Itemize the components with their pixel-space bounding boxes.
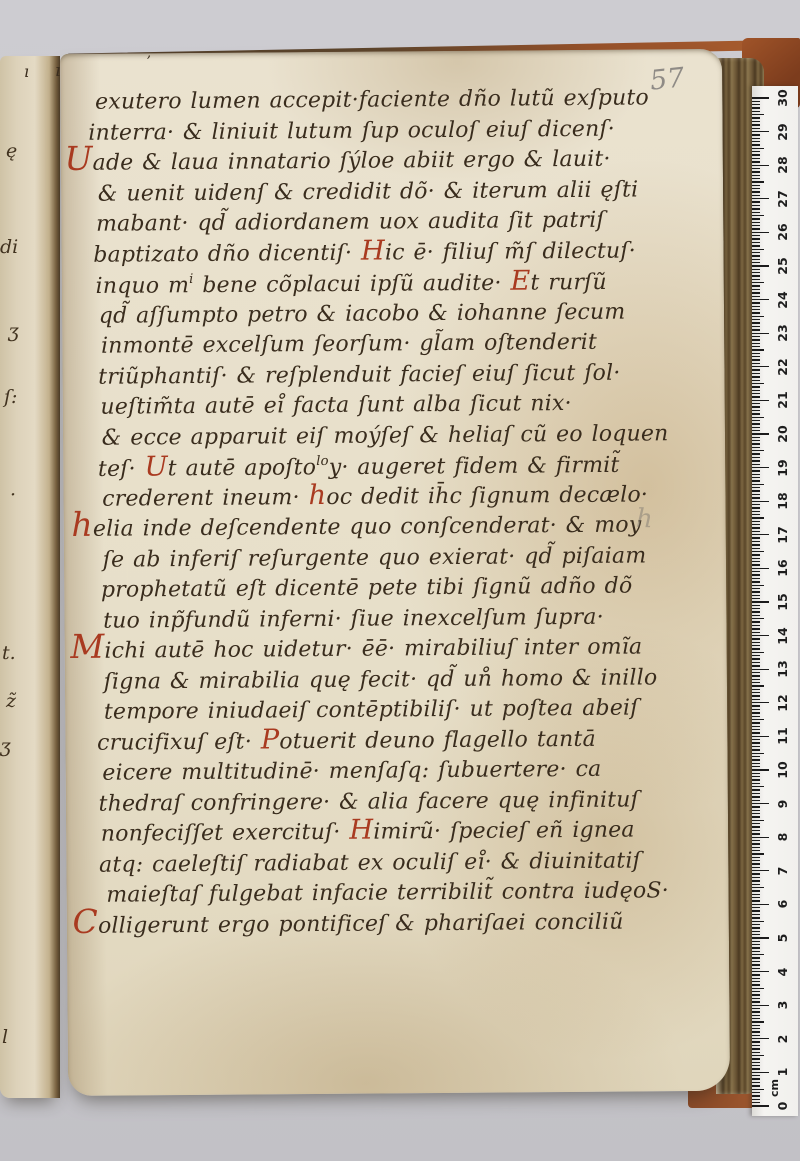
ruler-tick — [752, 343, 760, 344]
ruler-tick — [752, 1102, 760, 1103]
ruler-tick — [752, 655, 760, 656]
ruler-tick — [752, 611, 760, 612]
ruler-tick — [752, 863, 760, 864]
ruler-tick — [752, 800, 760, 801]
ink-text: & uenit uidenſ & credidit dõ· & iterum a… — [98, 177, 639, 206]
ruler-tick — [752, 816, 760, 817]
ink-text: & ecce apparuit eiſ moýſeſ & heliaſ cũ e… — [102, 421, 669, 450]
facing-page-text-fragment: ę — [6, 140, 17, 162]
ruler-tick — [752, 487, 760, 488]
ruler-tick — [752, 154, 760, 155]
ruler-tick — [752, 722, 760, 723]
rubricated-letter: U — [144, 451, 167, 482]
ruler-tick — [752, 830, 760, 831]
ruler-tick — [752, 823, 760, 824]
facing-page-text-fragment: ſ: — [4, 386, 17, 408]
ruler-tick — [752, 820, 764, 821]
ruler-tick — [752, 175, 760, 176]
ruler-tick — [752, 319, 760, 320]
ink-text: tuo inp̃fundũ inferni· ſiue inexcelſum ſ… — [103, 604, 604, 633]
ruler-tick — [752, 292, 760, 293]
ink-text: oc dedit ih̄c ſignum decælo· — [326, 482, 648, 510]
ruler-tick — [752, 978, 760, 979]
ruler-tick — [752, 561, 760, 562]
ruler-tick — [752, 860, 760, 861]
ruler-tick — [752, 736, 769, 737]
ink-text: y̨· augeret fidem & firmit̃ — [329, 453, 620, 480]
ruler-tick — [752, 813, 760, 814]
ruler-tick — [752, 719, 764, 720]
ruler-number: 2 — [775, 1027, 793, 1051]
ruler-tick — [752, 850, 760, 851]
ruler-tick — [752, 437, 760, 438]
ruler-tick — [752, 420, 760, 421]
ruler-tick — [752, 914, 760, 915]
ruler-tick — [752, 427, 760, 428]
ruler-tick — [752, 642, 760, 643]
ruler-tick — [752, 238, 760, 239]
ruler-tick — [752, 450, 764, 451]
ruler-tick — [752, 1089, 764, 1090]
folio-number: 57 — [648, 62, 685, 96]
ruler-tick — [752, 672, 760, 673]
ink-mark: ı — [55, 60, 61, 81]
ruler-tick — [752, 910, 760, 911]
ruler-number: 19 — [775, 456, 793, 480]
ruler-tick — [752, 309, 760, 310]
ruler-tick — [752, 285, 760, 286]
ruler-tick — [752, 262, 760, 263]
ruler-tick — [752, 783, 760, 784]
ruler-tick — [752, 964, 760, 965]
ink-text: tempore iniudaeiſ contēptibiliſ· ut poſt… — [104, 696, 639, 725]
ruler-tick — [752, 652, 764, 653]
ruler-tick — [752, 225, 760, 226]
ruler-tick — [752, 857, 760, 858]
ink-text: ichi autē hoc uidetur· ēē· mirabiliuſ in… — [104, 634, 642, 663]
ruler-number: 1 — [775, 1060, 793, 1084]
ruler-tick — [752, 534, 769, 535]
ruler-tick — [752, 413, 760, 414]
ruler-number: 14 — [775, 624, 793, 648]
ruler-tick — [752, 810, 760, 811]
facing-page-text-fragment: ʒ — [8, 320, 19, 342]
ruler-tick — [752, 366, 769, 367]
ruler-number: 20 — [775, 422, 793, 446]
ruler-tick — [752, 833, 760, 834]
ruler-tick — [752, 1038, 769, 1039]
ruler-tick — [752, 1041, 760, 1042]
ruler-tick — [752, 168, 760, 169]
ruler-tick — [752, 188, 760, 189]
ruler-tick — [752, 763, 760, 764]
ruler-tick — [752, 400, 769, 401]
ruler-tick — [752, 386, 760, 387]
rubricated-letter: C — [72, 901, 98, 940]
ruler-tick — [752, 531, 760, 532]
ruler-tick — [752, 218, 760, 219]
ruler-number: 11 — [775, 724, 793, 748]
ruler-tick — [752, 685, 764, 686]
pencil-mark-h: h — [635, 504, 653, 535]
ruler-tick — [752, 682, 760, 683]
ruler-tick — [752, 1031, 760, 1032]
ruler-tick — [752, 974, 760, 975]
ruler-tick — [752, 756, 760, 757]
ruler-number: 28 — [775, 153, 793, 177]
ruler-number: 26 — [775, 220, 793, 244]
ruler-tick — [752, 504, 760, 505]
ruler-tick — [752, 554, 760, 555]
ink-text: thedraſ confringere· & alia facere quę i… — [99, 787, 640, 816]
ruler-tick — [752, 648, 760, 649]
ruler-tick — [752, 417, 764, 418]
ruler-tick — [752, 511, 760, 512]
ruler-tick — [752, 873, 760, 874]
ruler-tick — [752, 464, 760, 465]
ruler-tick — [752, 568, 769, 569]
ruler-tick — [752, 645, 760, 646]
ruler-tick — [752, 578, 760, 579]
ruler-tick — [752, 107, 760, 108]
ruler-tick — [752, 178, 760, 179]
ruler-tick — [752, 927, 760, 928]
ruler-tick — [752, 729, 760, 730]
ruler-tick — [752, 141, 760, 142]
ruler-tick — [752, 695, 760, 696]
ruler-tick — [752, 907, 760, 908]
ruler-tick — [752, 124, 760, 125]
ruler-tick — [752, 279, 760, 280]
ruler-tick — [752, 732, 760, 733]
ruler-tick — [752, 1085, 760, 1086]
ruler-number: 3 — [775, 993, 793, 1017]
ruler-tick — [752, 396, 760, 397]
ruler-tick — [752, 890, 760, 891]
ruler-tick — [752, 679, 760, 680]
ruler-tick — [752, 212, 760, 213]
ruler-tick — [752, 1001, 760, 1002]
ruler-number: 5 — [775, 926, 793, 950]
ruler-tick — [752, 588, 760, 589]
ruler-tick — [752, 894, 760, 895]
ruler-tick — [752, 884, 760, 885]
ruler-tick — [752, 591, 760, 592]
ruler-tick — [752, 423, 760, 424]
ruler-tick — [752, 138, 760, 139]
ruler-tick — [752, 507, 760, 508]
ruler-tick — [752, 931, 760, 932]
ruler-tick — [752, 97, 769, 98]
ink-text: ade & laua innatario ſýloe abiit ergo & … — [92, 147, 610, 176]
ruler-tick — [752, 474, 760, 475]
ink-text: crucifixuſ eſt· — [97, 729, 261, 755]
ruler-tick — [752, 232, 769, 233]
ruler-tick — [752, 803, 769, 804]
ruler-tick — [752, 1105, 769, 1106]
ruler-tick — [752, 551, 764, 552]
ruler-tick — [752, 312, 760, 313]
ruler-tick — [752, 477, 760, 478]
ruler-tick — [752, 467, 769, 468]
ruler-tick — [752, 900, 760, 901]
ruler-tick — [752, 430, 760, 431]
ruler-tick — [752, 453, 760, 454]
ruler-tick — [752, 215, 764, 216]
ruler-tick — [752, 941, 760, 942]
rubricated-letter: H — [361, 235, 385, 266]
ruler-tick — [752, 837, 769, 838]
rubricated-letter: P — [261, 724, 280, 755]
ruler-tick — [752, 669, 769, 670]
ruler-tick — [752, 128, 760, 129]
ruler-tick — [752, 406, 760, 407]
ruler-tick — [752, 1045, 760, 1046]
ruler-tick — [752, 773, 760, 774]
ruler-tick — [752, 289, 760, 290]
ink-text: baptizato dño dicentiſ· — [93, 240, 361, 267]
ruler-tick — [752, 443, 760, 444]
ruler-number: 23 — [775, 321, 793, 345]
ruler-tick — [752, 410, 760, 411]
ruler-tick — [752, 769, 769, 770]
ruler-tick — [752, 195, 760, 196]
ruler-tick — [752, 457, 760, 458]
ruler-tick — [752, 302, 760, 303]
facing-page-edge: ędiʒſ:·t.z̃ʒl — [0, 56, 60, 1098]
ruler-tick — [752, 117, 760, 118]
manuscript-photo: ędiʒſ:·t.z̃ʒl exutero lumen accepit·faci… — [0, 0, 800, 1161]
ruler-tick — [752, 843, 760, 844]
ruler-tick — [752, 252, 760, 253]
ruler-tick — [752, 353, 760, 354]
ruler-tick — [752, 786, 764, 787]
ruler-tick — [752, 1018, 760, 1019]
ruler-tick — [752, 739, 760, 740]
ruler-tick — [752, 564, 760, 565]
ruler-tick — [752, 181, 764, 182]
ruler-tick — [752, 228, 760, 229]
ruler-tick — [752, 111, 760, 112]
ruler-tick — [752, 779, 760, 780]
ruler-tick — [752, 490, 760, 491]
ruler-number: 4 — [775, 960, 793, 984]
ruler-tick — [752, 480, 760, 481]
facing-page-text-fragment: · — [10, 484, 16, 506]
facing-page-text-fragment: ʒ — [0, 735, 11, 757]
ruler-tick — [752, 658, 760, 659]
ruler-tick — [752, 134, 760, 135]
ruler-tick — [752, 598, 760, 599]
ruler-tick — [752, 968, 760, 969]
manuscript-text: exutero lumen accepit·faciente dño lutũ … — [64, 85, 731, 944]
ink-text: mabant· qd̃ adiordanem uox audita ſit pa… — [96, 208, 605, 237]
ruler-tick — [752, 548, 760, 549]
ruler-tick — [752, 1078, 760, 1079]
ink-text: olligerunt ergo pontificeſ & phariſaei c… — [98, 909, 624, 938]
ruler: cm 0123456789101112131415161718192021222… — [752, 86, 798, 1116]
ink-text: teſ· — [98, 457, 145, 482]
ruler-tick — [752, 541, 760, 542]
ruler-tick — [752, 702, 769, 703]
ruler-tick — [752, 635, 769, 636]
ruler-tick — [752, 712, 760, 713]
ruler-tick — [752, 1005, 769, 1006]
ruler-number: 16 — [775, 556, 793, 580]
ruler-tick — [752, 148, 764, 149]
ruler-tick — [752, 924, 760, 925]
facing-page-text-fragment: l — [2, 1026, 8, 1048]
ruler-tick — [752, 904, 769, 905]
ruler-tick — [752, 880, 760, 881]
ruler-tick — [752, 1021, 764, 1022]
ruler-tick — [752, 759, 760, 760]
ruler-tick — [752, 346, 760, 347]
ink-text: imirũ· ſpecieſ eñ ignea — [373, 818, 635, 845]
ruler-tick — [752, 470, 760, 471]
ruler-tick — [752, 272, 760, 273]
ruler-number: 25 — [775, 254, 793, 278]
ruler-tick — [752, 692, 760, 693]
ruler-tick — [752, 440, 760, 441]
ruler-tick — [752, 198, 769, 199]
ruler-tick — [752, 131, 769, 132]
ruler-tick — [752, 1095, 760, 1096]
ruler-number: 27 — [775, 187, 793, 211]
ruler-tick — [752, 393, 760, 394]
ruler-tick — [752, 699, 760, 700]
ruler-tick — [752, 1062, 760, 1063]
ink-text: elia inde deſcendente quo conſcenderat· … — [93, 512, 642, 541]
ruler-tick — [752, 716, 760, 717]
ink-text: maieſtaſ fulgebat infacie terribilit̃ co… — [106, 878, 669, 907]
ink-text: ic ē· filiuſ m̃ſ dilectuſ· — [385, 238, 636, 265]
ruler-tick — [752, 981, 760, 982]
ruler-tick — [752, 847, 760, 848]
ruler-tick — [752, 726, 760, 727]
ruler-tick — [752, 306, 760, 307]
ruler-tick — [752, 235, 760, 236]
ruler-tick — [752, 608, 760, 609]
ruler-tick — [752, 937, 769, 938]
ink-text: t rurſũ — [530, 270, 607, 296]
ruler-tick — [752, 988, 764, 989]
ruler-tick — [752, 574, 760, 575]
ruler-tick — [752, 957, 760, 958]
ruler-tick — [752, 705, 760, 706]
ruler-tick — [752, 316, 764, 317]
ruler-tick — [752, 165, 769, 166]
ruler-tick — [752, 121, 760, 122]
ruler-tick — [752, 1052, 760, 1053]
ink-mark: ʼ — [146, 54, 150, 70]
ruler-tick — [752, 322, 760, 323]
ruler-tick — [752, 601, 769, 602]
ruler-tick — [752, 625, 760, 626]
ruler-tick — [752, 1099, 760, 1100]
ruler-tick — [752, 460, 760, 461]
ruler-tick — [752, 947, 760, 948]
ruler-number: 17 — [775, 523, 793, 547]
ruler-tick — [752, 558, 760, 559]
ink-text: t autē apoſto — [168, 455, 317, 481]
ruler-tick — [752, 621, 760, 622]
ruler-tick — [752, 853, 764, 854]
rubricated-letter: h — [71, 505, 93, 544]
ruler-tick — [752, 390, 760, 391]
ruler-tick — [752, 1075, 760, 1076]
ruler-tick — [752, 494, 760, 495]
ruler-tick — [752, 897, 760, 898]
ruler-tick — [752, 921, 764, 922]
interlinear-gloss: lo — [316, 454, 329, 469]
ink-text: prophetatũ eſt dicentē pete tibi ſignũ a… — [101, 574, 633, 603]
ruler-tick — [752, 998, 760, 999]
ruler-tick — [752, 826, 760, 827]
ruler-tick — [752, 185, 760, 186]
ink-text: ueſtim̃ta autē ei̊ facta ſunt alba ſicut… — [100, 391, 571, 420]
ink-text: nonfeciſſet exercituſ· — [101, 820, 350, 847]
ink-text: exutero lumen accepit·faciente dño lutũ … — [95, 85, 649, 114]
ruler-number: 8 — [775, 825, 793, 849]
ruler-tick — [752, 1035, 760, 1036]
ruler-tick — [752, 514, 760, 515]
ruler-tick — [752, 971, 769, 972]
ruler-tick — [752, 373, 760, 374]
ruler-tick — [752, 359, 760, 360]
ruler-tick — [752, 403, 760, 404]
ruler-tick — [752, 299, 769, 300]
ruler-tick — [752, 789, 760, 790]
ink-text: eicere multitudinē· menſaſq: ſubuertere·… — [102, 757, 601, 786]
ink-text: inmontē excelſum ſeorſum· gl̃am oſtender… — [101, 330, 597, 359]
ruler-tick — [752, 205, 760, 206]
ruler-tick — [752, 501, 769, 502]
ruler-tick — [752, 628, 760, 629]
ruler-tick — [752, 1008, 760, 1009]
ruler-number: 13 — [775, 657, 793, 681]
ruler-tick — [752, 581, 760, 582]
ruler-tick — [752, 208, 760, 209]
ruler-tick — [752, 537, 760, 538]
ruler-number: 24 — [775, 288, 793, 312]
ruler-tick — [752, 544, 760, 545]
ruler-tick — [752, 867, 760, 868]
ruler-tick — [752, 991, 760, 992]
ruler-tick — [752, 158, 760, 159]
ruler-number: 6 — [775, 892, 793, 916]
ruler-tick — [752, 151, 760, 152]
ruler-tick — [752, 104, 760, 105]
ruler-tick — [752, 766, 760, 767]
ruler-tick — [752, 1048, 760, 1049]
ruler-tick — [752, 749, 760, 750]
ruler-tick — [752, 497, 760, 498]
ruler-tick — [752, 333, 769, 334]
ink-text: inquo m — [95, 273, 189, 299]
ruler-tick — [752, 585, 764, 586]
ruler-tick — [752, 877, 760, 878]
ruler-tick — [752, 709, 760, 710]
ruler-tick — [752, 517, 764, 518]
ruler-tick — [752, 1092, 760, 1093]
rubricated-letter: h — [308, 479, 326, 510]
ruler-tick — [752, 984, 760, 985]
ruler-number: 12 — [775, 691, 793, 715]
ruler-tick — [752, 753, 764, 754]
ruler-tick — [752, 689, 760, 690]
ruler-tick — [752, 245, 760, 246]
